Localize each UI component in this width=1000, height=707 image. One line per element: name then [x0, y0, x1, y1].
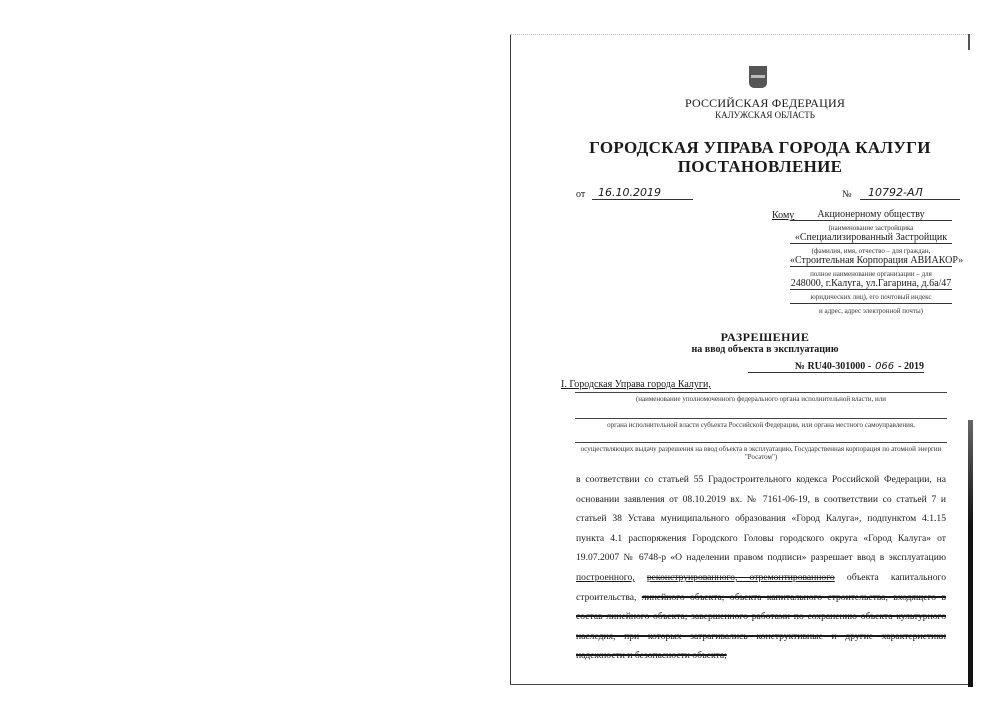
permit-number-prefix: № RU40-301000 -	[795, 361, 871, 372]
permit-number-suffix: - 2019	[898, 361, 924, 372]
country-heading: РОССИЙСКАЯ ФЕДЕРАЦИЯ	[600, 96, 930, 111]
recipient-line: «Специализированный Застройщик	[790, 232, 952, 244]
number-label: №	[842, 189, 852, 200]
permit-title: РАЗРЕШЕНИЕ	[600, 330, 930, 345]
permit-body-text: в соответствии со статьей 55 Градостроит…	[576, 470, 946, 666]
recipient-line: «Строительная Корпорация АВИАКОР»	[790, 255, 952, 267]
authority-title: ГОРОДСКАЯ УПРАВА ГОРОДА КАЛУГИ	[560, 138, 960, 158]
region-heading: КАЛУЖСКАЯ ОБЛАСТЬ	[600, 110, 930, 120]
date-value: 16.10.2019	[592, 186, 693, 200]
recipient-line	[790, 297, 952, 304]
page-right-edge	[968, 34, 970, 50]
recipient-note: и адрес, адрес электронной почты)	[790, 307, 952, 315]
recipient-note: (наименование застройщика	[790, 224, 952, 232]
issuing-org-note: осуществляющих выдачу разрешения на ввод…	[575, 445, 947, 461]
document-type-title: ПОСТАНОВЛЕНИЕ	[560, 157, 960, 177]
permit-number-handwritten: 066	[871, 361, 898, 372]
number-value: 10792-АЛ	[860, 186, 960, 200]
issuing-org-note: органа исполнительной власти субъекта Ро…	[575, 421, 947, 429]
recipient-line: Акционерному обществу	[790, 209, 952, 221]
permit-number: № RU40-301000 -066- 2019	[748, 361, 924, 373]
page-top-edge	[510, 34, 972, 36]
recipient-line: 248000, г.Калуга, ул.Гагарина, д.6а/47	[790, 278, 952, 290]
underline	[575, 392, 947, 393]
recipient-note: полное наименование организации – для	[790, 270, 952, 278]
coat-of-arms-icon	[749, 66, 767, 88]
issuing-org-name: I. Городская Управа города Калуги,	[561, 379, 711, 390]
scan-shadow-bar	[968, 420, 973, 687]
recipient-note: (фамилия, имя, отчество – для граждан,	[790, 247, 952, 255]
body-struck-underlined: реконструированного, отремонтированного	[647, 572, 835, 583]
date-label: от	[576, 189, 585, 200]
body-underlined: построенного,	[576, 572, 635, 583]
issuing-org-note: (наименование уполномоченного федерально…	[575, 395, 947, 403]
underline	[575, 418, 947, 419]
permit-subtitle: на ввод объекта в эксплуатацию	[600, 344, 930, 355]
underline	[575, 442, 947, 443]
body-main: в соответствии со статьей 55 Градостроит…	[576, 474, 946, 563]
